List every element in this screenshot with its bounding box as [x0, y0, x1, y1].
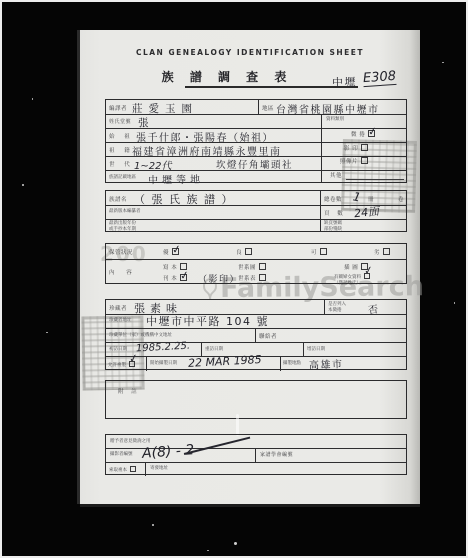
photocopy-checkbox — [361, 144, 368, 151]
generations-label: 世 代 — [109, 160, 134, 168]
microfilm-checkbox — [368, 130, 375, 137]
surname-hall-label: 姓氏堂號 — [109, 118, 131, 125]
content-women-info: 有關婦女資料（僅記姓氏） — [334, 273, 370, 286]
compiler-label: 最新版本編纂者 — [109, 209, 141, 215]
form-title: 族 譜 調 查 表 — [80, 68, 374, 85]
first-ancestor-value: 張千什郎・張陽春（始祖） — [136, 129, 274, 144]
pages-label: 頁 數 — [324, 209, 346, 217]
ancestral-home-value: 福建省漳洲府南靖縣永豐里南 — [132, 143, 282, 158]
category-microfilm: 微 捲 — [351, 130, 375, 138]
dust-speck — [32, 98, 33, 100]
photograph-checkbox — [361, 157, 368, 164]
category-other: 其他 — [330, 171, 342, 179]
condition-poor: 劣 — [374, 248, 390, 256]
additional-visit-label: 增訪日期 — [307, 347, 325, 353]
content-pedigree-table: 世系表 — [238, 274, 266, 282]
donor-purpose-label: 贈予者意見徵詢之用 — [110, 439, 151, 445]
area-label: 地區 — [262, 104, 274, 112]
condition-excellent: 優 — [163, 248, 179, 256]
first-ancestor-label: 始 祖 — [109, 132, 134, 140]
dust-speck — [234, 542, 237, 545]
volumes-unit2: 卷 — [398, 195, 404, 203]
revisit-label: 重訪日期 — [205, 347, 223, 353]
dust-speck — [152, 524, 154, 526]
condition-good: 良 — [236, 248, 252, 256]
dust-speck — [442, 62, 444, 63]
microfilm-scan-page: CLAN GENEALOGY IDENTIFICATION SHEET 族 譜 … — [0, 0, 468, 558]
section-notes: 附 註 — [105, 380, 407, 419]
volumes-unit1: 冊 — [368, 195, 374, 203]
film-place-value: 高雄市 — [309, 355, 344, 371]
society-number-label: 家譜學會編號 — [260, 451, 293, 458]
org-address-label: 珍藏單位（家）或機構中文地址 — [109, 333, 172, 339]
edition-label: 最新出版年份或手抄本年期 — [109, 221, 136, 232]
volumes-label: 總卷數 — [324, 195, 342, 203]
section-condition-content: 保管狀況 優 良 可 劣 內 容 寫 本 刊 本 （影印） 世系圖 世系表 插 … — [105, 243, 407, 284]
record-area-value: 中壢等地 — [148, 171, 204, 187]
first-visit-label: 初訪日期 — [109, 347, 127, 353]
copy-request-label: 索取複本 — [109, 466, 136, 474]
scanned-form-paper: CLAN GENEALOGY IDENTIFICATION SHEET 族 譜 … — [80, 30, 420, 504]
missing-pages-label: 缺頁號碼部份殘缺 — [324, 221, 342, 232]
mailing-address-label: 寄發地址 — [150, 466, 168, 472]
contact-label: 聯絡者 — [259, 332, 277, 340]
owner-address-label: 珍藏者地址 — [109, 318, 132, 324]
printed-checkbox — [180, 274, 187, 281]
pedigree-chart-checkbox — [259, 263, 266, 270]
other-fill-line — [346, 179, 404, 180]
condition-label: 保管狀況 — [109, 248, 133, 256]
copy-request-checkbox — [130, 466, 136, 472]
generations-place-value: 坎燈仔角壩頭社 — [216, 157, 293, 171]
film-place-label: 攝製地點 — [283, 361, 301, 367]
listed-in-film-label: 是否列入本微捲 — [328, 302, 346, 313]
first-visit-value: 1985.2.25. — [136, 341, 191, 355]
owner-label: 珍藏者 — [109, 304, 127, 312]
dust-speck — [22, 184, 24, 186]
surveyor-label: 編譯者 — [109, 104, 127, 112]
film-date-value: 22 MAR 1985 — [188, 353, 262, 370]
fair-checkbox — [320, 248, 327, 255]
book-title-value: （ 張 氏 族 譜 ） — [134, 191, 234, 207]
english-title: CLAN GENEALOGY IDENTIFICATION SHEET — [80, 48, 420, 57]
copy-permission-label: 允許複製 — [108, 361, 135, 369]
copy-permission-checkbox — [129, 361, 135, 367]
content-label: 內 容 — [109, 268, 137, 276]
record-area-label: 族譜記載地區 — [109, 175, 136, 181]
pages-value: 24面 — [353, 203, 380, 222]
excellent-checkbox — [172, 248, 179, 255]
content-pedigree-chart: 世系圖 — [238, 263, 266, 271]
women-info-checkbox — [364, 273, 370, 279]
volumes-value: 1 — [352, 189, 362, 204]
section-genealogy-book: 族譜名 （ 張 氏 族 譜 ） 總卷數 1 冊 卷 最新版本編纂者 頁 數 24… — [105, 190, 407, 232]
category-title: 資料類別 — [326, 117, 344, 123]
section-identification: 編譯者 莊愛玉園 地區 台灣省桃園縣中壢市 姓氏堂號 張 始 祖 張千什郎・張陽… — [105, 99, 407, 183]
listed-in-film-value: 否 — [367, 300, 380, 316]
section-administrative: 贈予者意見徵詢之用 攝影者編號 A(8) - 2 家譜學會編號 索取複本 寄發地… — [105, 434, 407, 475]
surname-value: 張 — [138, 115, 150, 130]
dust-speck — [46, 332, 48, 333]
owner-address-value: 中壢市中平路 104 號 — [146, 313, 269, 329]
dust-speck — [454, 302, 455, 304]
printed-note: （影印） — [198, 272, 240, 285]
dust-speck — [207, 550, 209, 551]
film-date-label: 開始攝製日期 — [150, 361, 177, 367]
handwritten-code: E308 — [362, 69, 396, 87]
condition-fair: 可 — [311, 248, 327, 256]
content-printed: 刊 本 — [163, 274, 187, 282]
handwritten-location: 中壢 — [332, 74, 358, 91]
photographer-number-label: 攝影者編號 — [110, 452, 133, 458]
scan-streak-artifact — [236, 414, 239, 436]
category-photocopy: 影 印 — [344, 144, 368, 152]
surveyor-value: 莊愛玉園 — [132, 101, 198, 116]
section-owner: 珍藏者 張素味 是否列入本微捲 否 珍藏者地址 中壢市中平路 104 號 珍藏單… — [105, 299, 407, 370]
book-title-label: 族譜名 — [109, 195, 127, 203]
poor-checkbox — [383, 248, 390, 255]
category-photograph: 照像片 — [340, 157, 368, 165]
good-checkbox — [245, 248, 252, 255]
pedigree-table-checkbox — [259, 274, 266, 281]
area-value: 台灣省桃園縣中壢市 — [276, 101, 380, 116]
generations-value: 1~22代 — [134, 157, 171, 172]
notes-label: 附 註 — [118, 387, 140, 395]
ancestral-home-label: 祖 籍 — [109, 146, 134, 154]
